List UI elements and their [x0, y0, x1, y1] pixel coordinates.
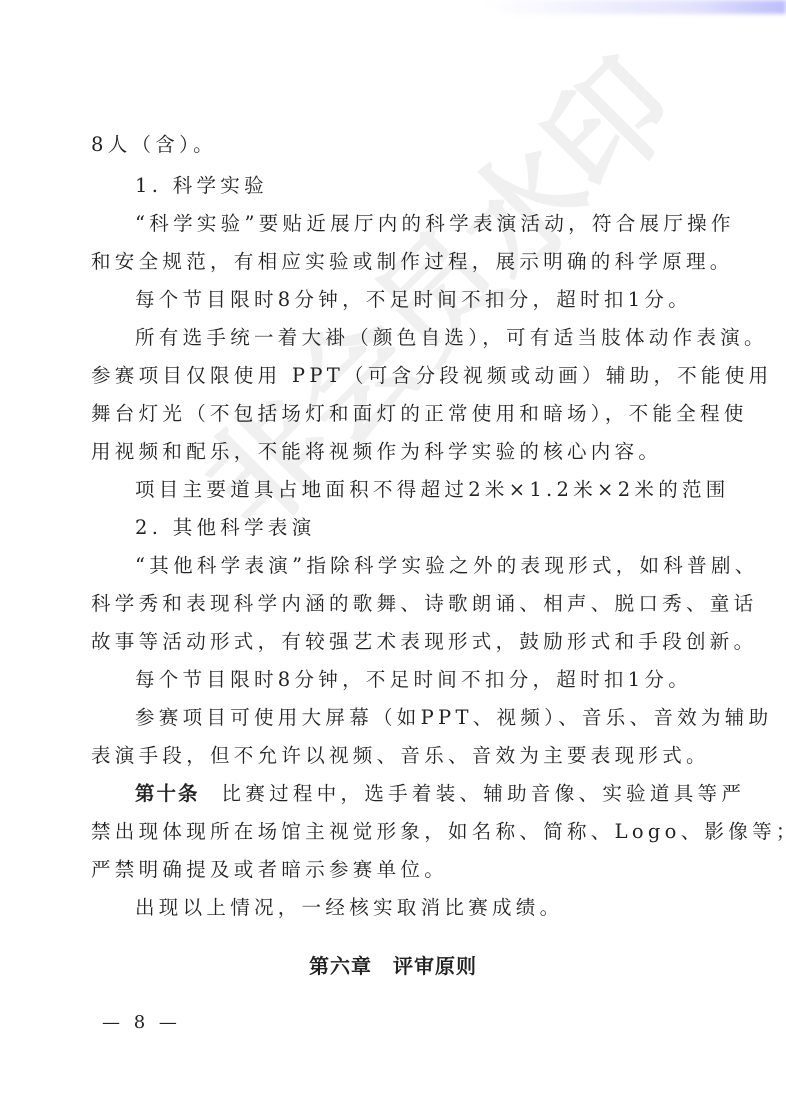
- text-line: 严禁明确提及或者暗示参赛单位。: [91, 851, 711, 889]
- text-line: “其他科学表演”指除科学实验之外的表现形式，如科普剧、: [135, 547, 755, 585]
- scan-artifact: [486, 0, 786, 14]
- chapter-heading: 第六章 评审原则: [0, 950, 786, 979]
- closing-line: 出现以上情况，一经核实取消比赛成绩。: [135, 889, 755, 927]
- text-line: 8人（含）。: [91, 126, 711, 164]
- text-line: 项目主要道具占地面积不得超过2米×1.2米×2米的范围: [135, 471, 755, 509]
- document-page: 非会员水印 8人（含）。 1. 科学实验 “科学实验”要贴近展厅内的科学表演活动…: [0, 0, 786, 1100]
- text-line: 禁出现体现所在场馆主视觉形象，如名称、简称、Logo、影像等；: [91, 813, 711, 851]
- text-line: 表演手段，但不允许以视频、音乐、音效为主要表现形式。: [91, 737, 711, 775]
- text-line: “科学实验”要贴近展厅内的科学表演活动，符合展厅操作: [135, 205, 755, 243]
- text-line: 每个节目限时8分钟，不足时间不扣分，超时扣1分。: [135, 281, 755, 319]
- section-heading-science-experiment: 1. 科学实验: [135, 167, 755, 205]
- text-line: 用视频和配乐，不能将视频作为科学实验的核心内容。: [91, 433, 711, 471]
- text-line: 所有选手统一着大褂（颜色自选），可有适当肢体动作表演。: [135, 319, 755, 357]
- article-10-label: 第十条: [135, 782, 200, 805]
- text-line: 每个节目限时8分钟，不足时间不扣分，超时扣1分。: [135, 661, 755, 699]
- text-line: 舞台灯光（不包括场灯和面灯的正常使用和暗场），不能全程使: [91, 395, 711, 433]
- text-line: 参赛项目可使用大屏幕（如PPT、视频）、音乐、音效为辅助: [135, 699, 755, 737]
- text-line: 科学秀和表现科学内涵的歌舞、诗歌朗诵、相声、脱口秀、童话: [91, 585, 711, 623]
- text-line: 和安全规范，有相应实验或制作过程，展示明确的科学原理。: [91, 243, 711, 281]
- article-10-line: 第十条比赛过程中，选手着装、辅助音像、实验道具等严: [135, 775, 755, 813]
- text-line: 参赛项目仅限使用 PPT（可含分段视频或动画）辅助，不能使用: [91, 357, 711, 395]
- article-10-text: 比赛过程中，选手着装、辅助音像、实验道具等严: [222, 782, 746, 805]
- section-heading-other-performance: 2. 其他科学表演: [135, 509, 755, 547]
- text-line: 故事等活动形式，有较强艺术表现形式，鼓励形式和手段创新。: [91, 623, 711, 661]
- page-number: — 8 —: [102, 1012, 181, 1033]
